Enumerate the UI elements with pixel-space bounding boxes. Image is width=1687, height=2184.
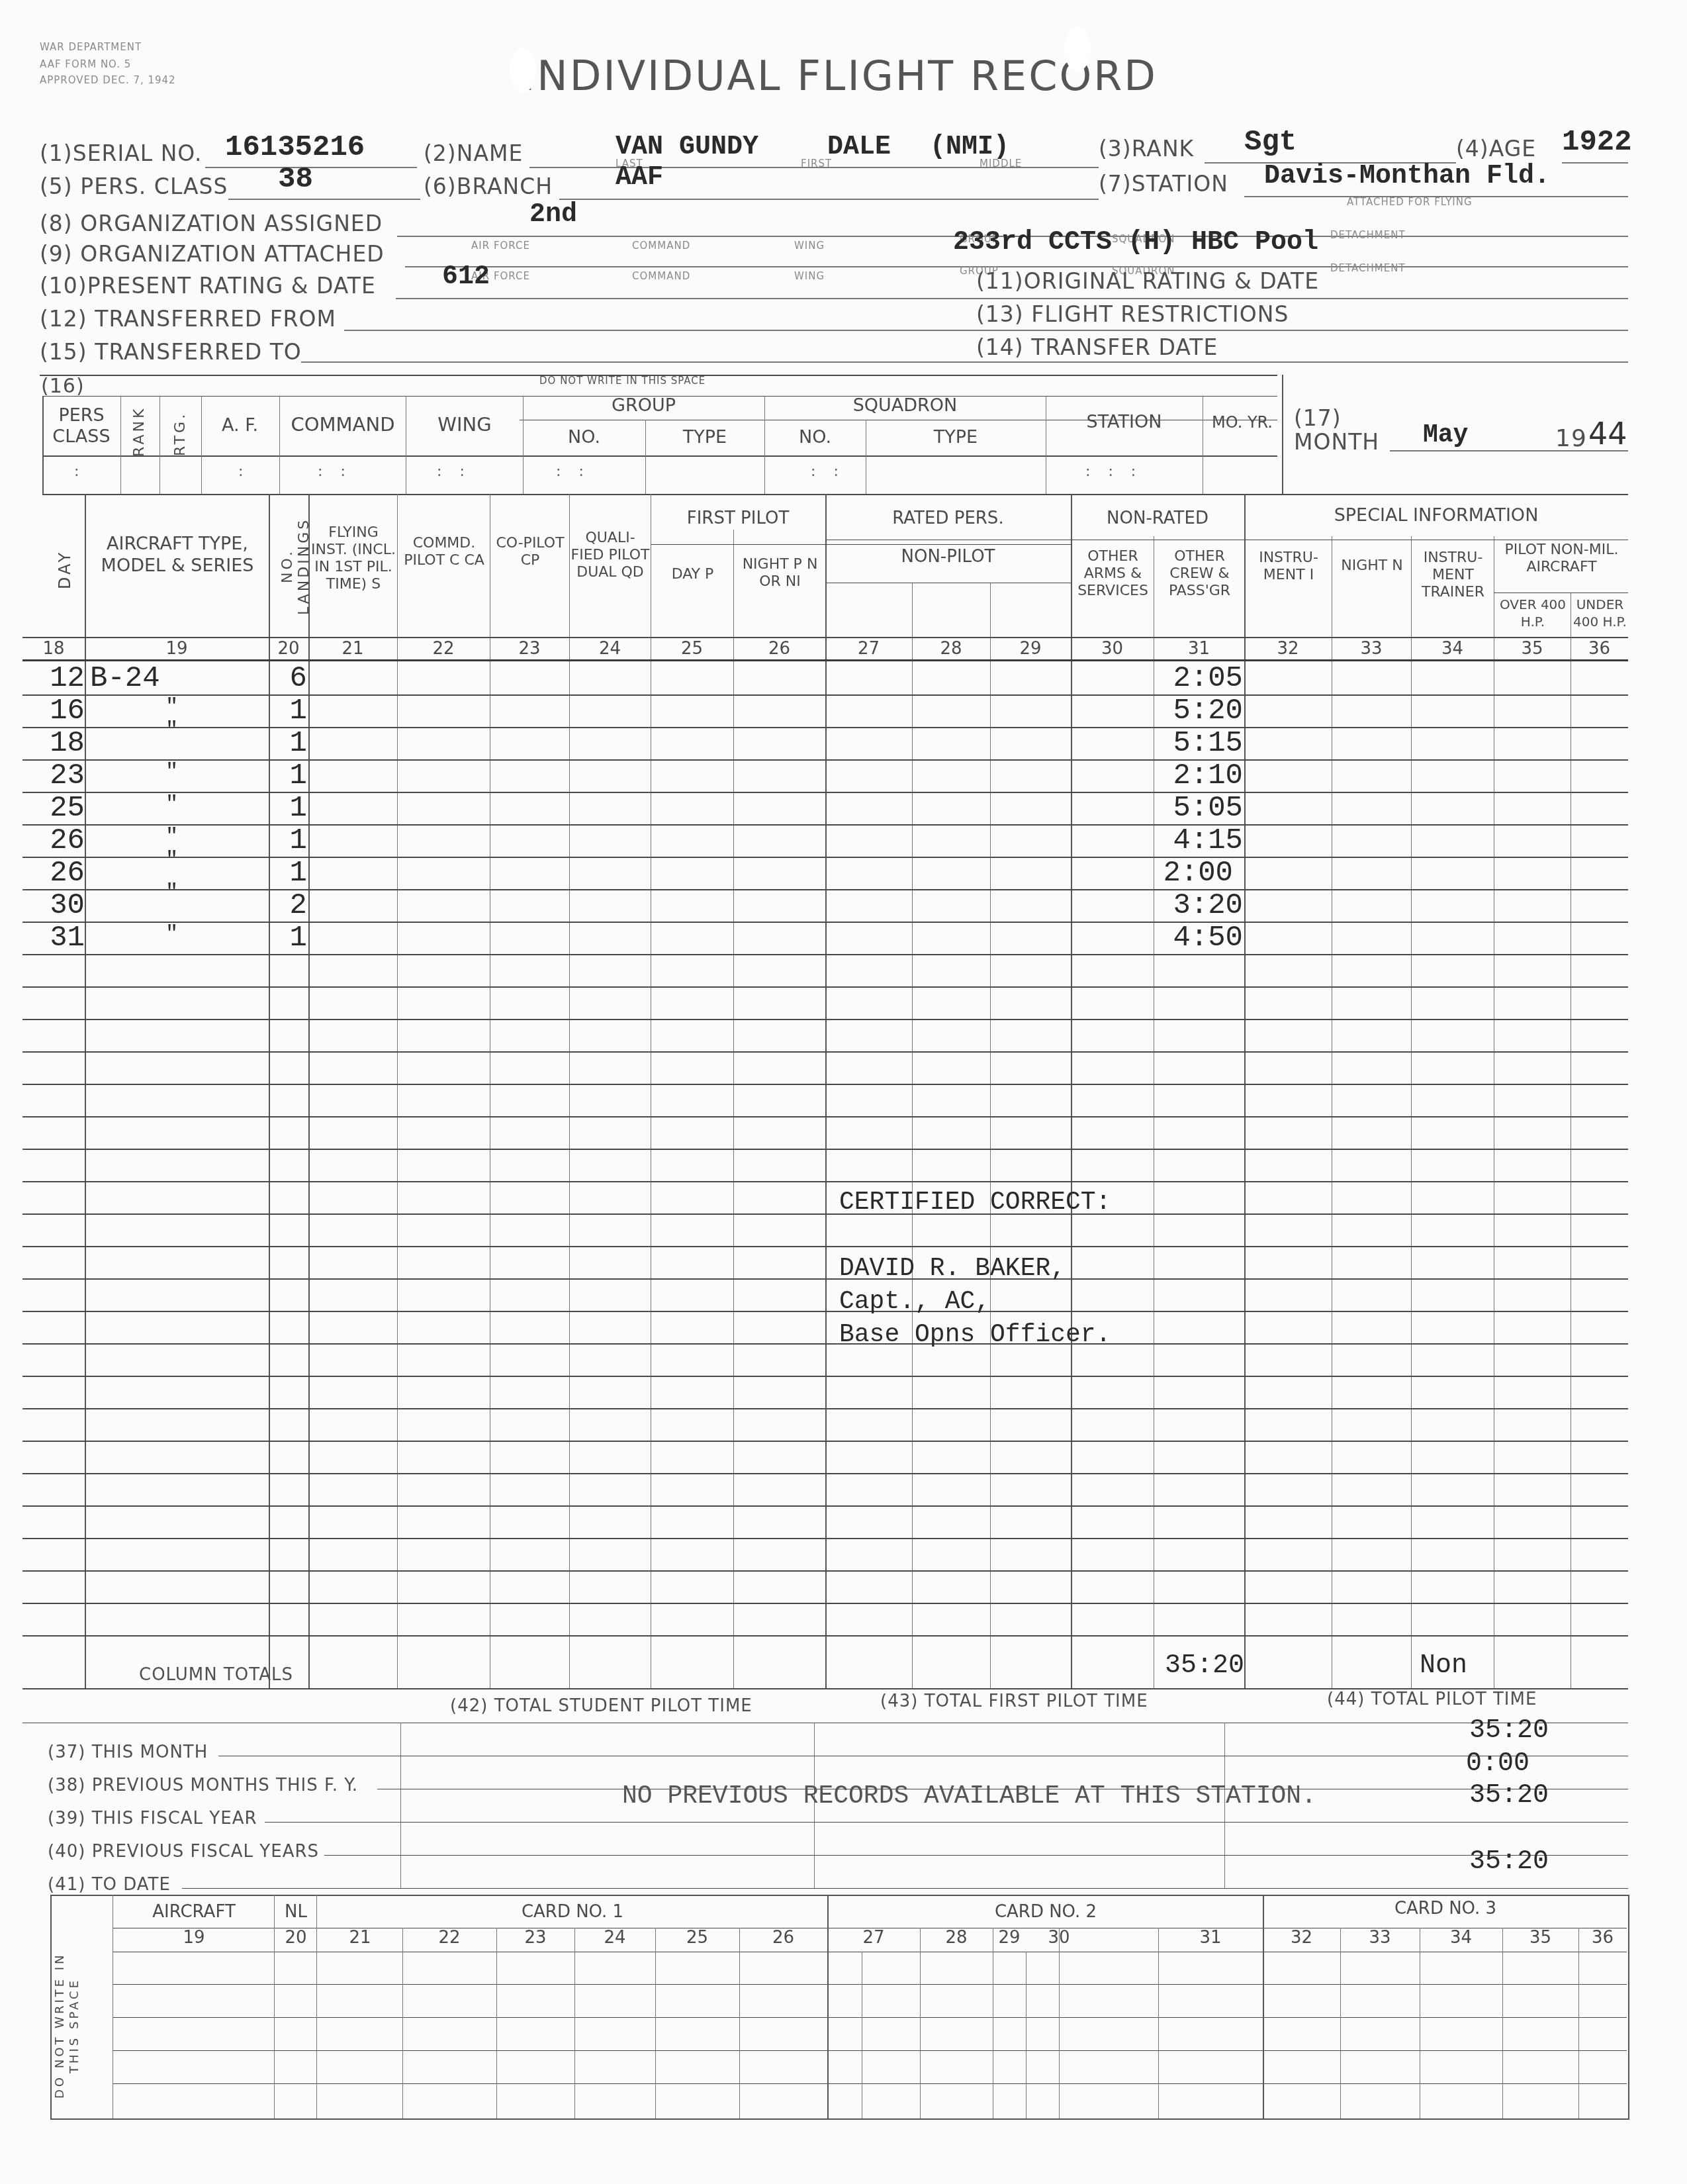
cards-v6 — [655, 1928, 656, 2118]
org-attached-value[interactable]: 233rd CCTS (H) HBC Pool — [953, 228, 1318, 258]
serial-no-label: (1)SERIAL NO. — [40, 140, 202, 166]
first-pilot-header: FIRST PILOT — [651, 510, 825, 527]
transferred-from-line — [344, 330, 1628, 331]
colnum-32: 32 — [1244, 639, 1332, 659]
detachment-sublabel-1: DETACHMENT — [1330, 229, 1406, 241]
org-attached-line — [405, 266, 1628, 267]
rank-value[interactable]: Sgt — [1244, 126, 1297, 159]
pers-class-label: (5) PERS. CLASS — [40, 173, 228, 199]
pers-class-line — [228, 199, 420, 200]
b16-dots: : : — [318, 463, 352, 480]
cards-row-1 — [113, 1984, 1627, 1985]
log-row-line — [23, 1635, 1628, 1637]
header-bottom-line — [23, 637, 1628, 638]
b16-group-no-header: NO. — [523, 429, 645, 446]
summary-line-39 — [265, 1822, 1628, 1823]
flight-other-crew-time: 2:00 — [1154, 857, 1233, 890]
other-arms-header: OTHER ARMS & SERVICES — [1072, 548, 1154, 600]
b16-dots: : — [238, 463, 250, 480]
flight-landings: 1 — [269, 922, 307, 955]
original-rating-label: (11)ORIGINAL RATING & DATE — [976, 268, 1319, 294]
station-sublabel: ATTACHED FOR FLYING — [1347, 196, 1473, 208]
log-row-line — [23, 1505, 1628, 1507]
station-value[interactable]: Davis-Monthan Fld. — [1264, 162, 1550, 191]
log-row-line — [23, 1213, 1628, 1215]
age-value[interactable]: 1922 — [1562, 126, 1632, 159]
name-first-sublabel: FIRST — [801, 158, 832, 169]
co-pilot-header: CO-PILOT CP — [491, 535, 569, 569]
b16-wing-header: WING — [407, 416, 522, 433]
log-row-line — [23, 1084, 1628, 1085]
log-row-line — [23, 1603, 1628, 1604]
b16-group-header: GROUP — [523, 397, 764, 414]
cards-row-4 — [113, 2083, 1627, 2084]
day-header: DAY — [56, 543, 74, 596]
log-row-line — [23, 1019, 1628, 1020]
approved-date-label: APPROVED DEC. 7, 1942 — [40, 74, 176, 86]
cards-nl-header: NL — [275, 1903, 316, 1921]
flight-day: 16 — [23, 694, 85, 728]
flight-other-crew-time: 4:50 — [1154, 922, 1243, 955]
log-row-line — [23, 1278, 1628, 1280]
cards-v17 — [1420, 1928, 1420, 2118]
org-assigned-label: (8) ORGANIZATION ASSIGNED — [40, 211, 383, 236]
no-previous-records-note: NO PREVIOUS RECORDS AVAILABLE AT THIS ST… — [622, 1782, 1316, 1811]
log-row-line — [23, 1473, 1628, 1474]
flight-other-crew-time: 2:10 — [1154, 759, 1243, 792]
flight-aircraft: " — [165, 922, 178, 946]
branch-label: (6)BRANCH — [424, 173, 553, 199]
flight-landings: 1 — [269, 759, 307, 792]
b16-group-type-header: TYPE — [645, 429, 764, 446]
table-row[interactable]: 26 " 1 4:15 — [0, 824, 1687, 857]
table-row[interactable]: 30 " 2 3:20 — [0, 889, 1687, 922]
log-row-line — [23, 1311, 1628, 1312]
cards-colnum: 33 — [1340, 1928, 1420, 1948]
flight-aircraft: " — [165, 718, 178, 742]
first-pilot-sub-line — [651, 544, 1071, 545]
colnum-28: 28 — [912, 639, 990, 659]
cards-colnum: 21 — [318, 1928, 402, 1948]
b16-v10 — [1046, 396, 1046, 494]
command-sublabel-1: COMMAND — [632, 240, 690, 252]
present-rating-label: (10)PRESENT RATING & DATE — [40, 273, 376, 299]
b16-squadron-header: SQUADRON — [764, 397, 1046, 414]
b16-v5 — [406, 396, 406, 494]
flight-other-crew-time: 5:20 — [1154, 694, 1243, 728]
b16-v11 — [1203, 396, 1203, 494]
serial-no-value[interactable]: 16135216 — [225, 131, 365, 164]
flight-other-crew-time: 3:20 — [1154, 889, 1243, 922]
log-row-line — [23, 1538, 1628, 1539]
colnum-22: 22 — [397, 639, 490, 659]
cards-colnum: 30 — [1026, 1928, 1092, 1948]
colnum-19: 19 — [85, 639, 269, 659]
b16-squadron-type-header: TYPE — [866, 429, 1046, 446]
cards-colnum: 36 — [1578, 1928, 1627, 1948]
cards-v0 — [113, 1895, 113, 2118]
flight-aircraft: " — [165, 759, 178, 784]
flight-aircraft: " — [165, 880, 178, 904]
under-400-header: UNDER 400 H.P. — [1572, 596, 1628, 630]
war-department-label: WAR DEPARTMENT — [40, 41, 142, 53]
flight-day: 25 — [23, 792, 85, 825]
log-row-line — [23, 1246, 1628, 1247]
flight-landings: 2 — [269, 889, 307, 922]
transferred-from-label: (12) TRANSFERRED FROM — [40, 306, 336, 332]
non-pilot-sub-line — [825, 583, 1071, 583]
wing-sublabel-2: WING — [794, 270, 825, 282]
table-row[interactable]: 18 " 1 5:15 — [0, 727, 1687, 759]
colnum-26: 26 — [733, 639, 825, 659]
log-row-line — [23, 986, 1628, 988]
b16-dots: : : — [811, 463, 845, 480]
colnum-20: 20 — [269, 639, 308, 659]
column-totals-label: COLUMN TOTALS — [139, 1665, 293, 1685]
b16-station-header: STATION — [1046, 414, 1203, 431]
branch-value[interactable]: AAF — [616, 163, 663, 193]
cards-v18 — [1502, 1928, 1503, 2118]
branch-line — [559, 199, 1099, 200]
colnum-35: 35 — [1494, 639, 1571, 659]
flight-day: 18 — [23, 727, 85, 760]
colnum-27: 27 — [825, 639, 912, 659]
flight-record-form: WAR DEPARTMENT AAF FORM NO. 5 APPROVED D… — [0, 0, 1687, 2184]
org-attached-label: (9) ORGANIZATION ATTACHED — [40, 241, 385, 267]
colnum-29: 29 — [990, 639, 1071, 659]
non-rated-header: NON-RATED — [1071, 510, 1244, 527]
flight-other-crew-time: 2:05 — [1154, 662, 1243, 695]
cards-colnum: 32 — [1263, 1928, 1340, 1948]
b16-rank-header: RANK — [131, 410, 148, 457]
instrument-header: INSTRU-MENT I — [1246, 549, 1332, 584]
certifier-rank: Capt., AC, — [839, 1288, 990, 1316]
present-rating-line — [396, 298, 1628, 299]
colnum-31: 31 — [1154, 639, 1244, 659]
transferred-to-label: (15) TRANSFERRED TO — [40, 339, 302, 365]
cards-colnum: 34 — [1420, 1928, 1502, 1948]
flying-inst-header: FLYING INST. (INCL. IN 1ST PIL. TIME) S — [310, 524, 397, 593]
b16-dots: : : — [437, 463, 471, 480]
cards-colnum: 27 — [827, 1928, 920, 1948]
detachment-sublabel-2: DETACHMENT — [1330, 262, 1406, 274]
flight-aircraft: " — [165, 847, 178, 872]
summary-v1 — [400, 1723, 401, 1888]
af-sublabel-1: AIR FORCE — [471, 240, 530, 252]
log-row-line — [23, 1570, 1628, 1572]
colnum-34: 34 — [1411, 639, 1494, 659]
h44-label: (44) TOTAL PILOT TIME — [1327, 1689, 1537, 1709]
cards-row-2 — [113, 2017, 1627, 2018]
log-row-line — [23, 1408, 1628, 1409]
cards-v2 — [316, 1895, 317, 2118]
colnum-30: 30 — [1071, 639, 1154, 659]
column-total-other-crew: 35:20 — [1165, 1651, 1244, 1681]
transferred-to-line — [301, 361, 1628, 363]
cards-v14 — [1158, 1928, 1159, 2118]
name-label: (2)NAME — [424, 140, 523, 166]
flight-landings: 1 — [269, 824, 307, 857]
colnum-21: 21 — [308, 639, 397, 659]
cards-v16 — [1340, 1928, 1341, 2118]
summary-row-label: (37) THIS MONTH — [48, 1742, 208, 1762]
cards-colnum: 24 — [574, 1928, 655, 1948]
other-crew-header: OTHER CREW & PASS'GR — [1155, 548, 1244, 600]
name-middle-sublabel: MIDDLE — [980, 158, 1022, 169]
cards-v5 — [574, 1928, 575, 2118]
b16-squadron-no-header: NO. — [764, 429, 866, 446]
log-row-line — [23, 1343, 1628, 1345]
card-3-header: CARD NO. 3 — [1264, 1900, 1627, 1917]
colnum-23: 23 — [490, 639, 569, 659]
cards-v1 — [274, 1895, 275, 2118]
flight-day: 26 — [23, 857, 85, 890]
cards-v12 — [1026, 1952, 1026, 2118]
colnum-24: 24 — [569, 639, 651, 659]
cards-v11 — [993, 1928, 993, 2118]
cards-colnum: 28 — [920, 1928, 993, 1948]
rated-special-sub-line — [825, 540, 1628, 540]
flight-other-crew-time: 5:05 — [1154, 792, 1243, 825]
flight-landings: 1 — [269, 694, 307, 728]
month-label: MONTH — [1294, 429, 1379, 455]
cards-colnum: 25 — [655, 1928, 739, 1948]
flight-aircraft: " — [165, 694, 178, 719]
flight-day: 31 — [23, 922, 85, 955]
card-1-header: CARD NO. 1 — [318, 1903, 827, 1921]
month-label-num: (17) — [1294, 405, 1342, 431]
block16-header-bottom — [42, 455, 1277, 457]
cards-v10 — [920, 1928, 921, 2118]
flight-day: 23 — [23, 759, 85, 792]
landings-header: NO. LANDINGS — [279, 503, 312, 629]
over-400-header: OVER 400 H.P. — [1495, 596, 1571, 630]
year-suffix-value[interactable]: 44 — [1588, 416, 1627, 451]
cards-aircraft-header: AIRCRAFT — [114, 1903, 274, 1921]
b16-dots: : — [74, 463, 85, 480]
age-line — [1562, 162, 1628, 164]
punch-hole-right — [1064, 26, 1091, 71]
b16-v2 — [160, 396, 160, 494]
flight-aircraft: " — [165, 824, 178, 849]
night-header: NIGHT N — [1333, 557, 1411, 575]
non-pilot-header: NON-PILOT — [825, 548, 1071, 565]
colnum-bottom-line — [23, 659, 1628, 661]
b16-af-header: A. F. — [202, 417, 278, 434]
flight-other-crew-time: 5:15 — [1154, 727, 1243, 760]
month-value[interactable]: May — [1423, 421, 1468, 450]
org-assigned-air-force-value[interactable]: 2nd — [529, 200, 577, 230]
instrument-trainer-header: INSTRU-MENT TRAINER — [1412, 549, 1494, 601]
summary-row-total: 35:20 — [1469, 1781, 1549, 1811]
cards-v13 — [1059, 1928, 1060, 2118]
qualified-pilot-header: QUALI-FIED PILOT DUAL QD — [570, 530, 650, 581]
b16-pers-class-header: PERS CLASS — [45, 405, 118, 448]
page-title: INDIVIDUAL FLIGHT RECORD — [523, 52, 1158, 100]
log-row-line — [23, 1149, 1628, 1150]
summary-row-total: 0:00 — [1466, 1749, 1529, 1779]
summary-row-label: (39) THIS FISCAL YEAR — [48, 1809, 257, 1828]
cards-v3 — [402, 1928, 403, 2118]
pilot-non-mil-header: PILOT NON-MIL. AIRCRAFT — [1495, 542, 1628, 576]
b16-v0 — [42, 396, 44, 494]
certified-correct-text: CERTIFIED CORRECT: — [839, 1188, 1111, 1217]
cards-colnum: 22 — [402, 1928, 496, 1948]
colnum-18: 18 — [23, 639, 85, 659]
b16-dots: : : : — [1085, 463, 1142, 480]
wing-sublabel-1: WING — [794, 240, 825, 252]
pers-class-value[interactable]: 38 — [278, 163, 313, 196]
h42-label: (42) TOTAL STUDENT PILOT TIME — [450, 1696, 752, 1716]
rank-label: (3)RANK — [1099, 136, 1194, 162]
table-row[interactable]: 16 " 1 5:20 — [0, 694, 1687, 727]
flight-aircraft: " — [165, 792, 178, 816]
log-row-line — [23, 954, 1628, 955]
b16-command-header: COMMAND — [281, 416, 405, 433]
punch-hole-left — [510, 48, 536, 93]
flight-other-crew-time: 4:15 — [1154, 824, 1243, 857]
summary-line-41 — [182, 1888, 1628, 1889]
commd-pilot-header: COMMD. PILOT C CA — [398, 535, 490, 569]
summary-row-total: 35:20 — [1469, 1716, 1549, 1746]
flight-aircraft: B-24 — [90, 662, 160, 695]
form-number-label: AAF FORM NO. 5 — [40, 58, 131, 70]
flight-day: 12 — [23, 662, 85, 695]
b16-dots: : : — [556, 463, 590, 480]
cards-colnum: 35 — [1502, 1928, 1578, 1948]
cards-v9 — [862, 1952, 862, 2118]
b16-v12 — [1282, 375, 1283, 494]
block16-bottom-line — [42, 494, 1628, 495]
cards-v4 — [496, 1928, 497, 2118]
rated-pers-header: RATED PERS. — [825, 510, 1071, 527]
b16-mo-yr-header: MO. YR. — [1203, 414, 1282, 431]
h43-label: (43) TOTAL FIRST PILOT TIME — [880, 1691, 1148, 1711]
log-row-line — [23, 1051, 1628, 1053]
colnum-25: 25 — [651, 639, 733, 659]
aircraft-header: AIRCRAFT TYPE, MODEL & SERIES — [86, 533, 269, 577]
name-first-value[interactable]: DALE — [827, 132, 891, 162]
table-row[interactable]: 26 " 1 2:00 — [0, 857, 1687, 889]
summary-row-label: (41) TO DATE — [48, 1875, 171, 1895]
block16-do-not-write: DO NOT WRITE IN THIS SPACE — [539, 375, 706, 387]
summary-line-37 — [218, 1756, 1628, 1756]
station-label: (7)STATION — [1099, 171, 1228, 197]
cards-colnum: 29 — [993, 1928, 1026, 1948]
transfer-date-label: (14) TRANSFER DATE — [976, 334, 1218, 360]
certifier-title: Base Opns Officer. — [839, 1321, 1111, 1349]
b16-v4 — [279, 396, 280, 494]
command-sublabel-2: COMMAND — [632, 270, 690, 282]
special-info-header: SPECIAL INFORMATION — [1244, 507, 1628, 524]
flight-restrictions-label: (13) FLIGHT RESTRICTIONS — [976, 301, 1289, 327]
certifier-name: DAVID R. BAKER, — [839, 1255, 1066, 1283]
b16-v3 — [201, 396, 202, 494]
flight-day: 30 — [23, 889, 85, 922]
table-row[interactable]: 25 " 1 5:05 — [0, 792, 1687, 824]
b16-v1 — [120, 396, 121, 494]
flight-landings: 1 — [269, 857, 307, 890]
cards-colnum: 23 — [496, 1928, 574, 1948]
table-row[interactable]: 23 " 1 2:10 — [0, 759, 1687, 792]
cards-colnum: 19 — [114, 1928, 274, 1948]
cards-colnum: 26 — [739, 1928, 827, 1948]
non-mil-sub-line — [1494, 593, 1628, 593]
cards-colnum: 20 — [275, 1928, 316, 1948]
summary-row-total: 35:20 — [1469, 1847, 1549, 1877]
summary-row-label: (40) PREVIOUS FISCAL YEARS — [48, 1842, 319, 1862]
cards-row-3 — [113, 2050, 1627, 2051]
log-row-line — [23, 1441, 1628, 1442]
column-total-inst-trainer: Non — [1420, 1651, 1467, 1681]
flight-day: 26 — [23, 824, 85, 857]
present-rating-value[interactable]: 612 — [442, 262, 490, 292]
table-row[interactable]: 12 B-24 6 2:05 — [0, 662, 1687, 694]
cards-do-not-write-label: DO NOT WRITE IN THIS SPACE — [53, 1946, 82, 2105]
log-row-line — [23, 1376, 1628, 1377]
first-pilot-day-header: DAY P — [652, 566, 733, 583]
card-2-header: CARD NO. 2 — [829, 1903, 1263, 1921]
log-row-line — [23, 1116, 1628, 1117]
summary-top-line — [23, 1723, 1628, 1723]
age-label: (4)AGE — [1456, 136, 1536, 162]
summary-row-label: (38) PREVIOUS MONTHS THIS F. Y. — [48, 1776, 358, 1795]
b16-rtg-header: RTG. — [172, 410, 189, 457]
first-pilot-night-header: NIGHT P N OR NI — [735, 556, 825, 591]
flight-landings: 1 — [269, 727, 307, 760]
flight-landings: 6 — [269, 662, 307, 695]
cards-v19 — [1578, 1928, 1579, 2118]
cards-v7 — [739, 1928, 740, 2118]
summary-line-40 — [324, 1855, 1628, 1856]
colnum-33: 33 — [1332, 639, 1411, 659]
log-row-line — [23, 1181, 1628, 1182]
year-prefix: 19 — [1555, 425, 1587, 452]
flight-landings: 1 — [269, 792, 307, 825]
colnum-36: 36 — [1571, 639, 1628, 659]
block16-label: (16) — [41, 375, 85, 398]
cards-colnum-line — [113, 1952, 1627, 1952]
table-row[interactable]: 31 " 1 4:50 — [0, 922, 1687, 954]
cards-colnum: 31 — [1158, 1928, 1263, 1948]
